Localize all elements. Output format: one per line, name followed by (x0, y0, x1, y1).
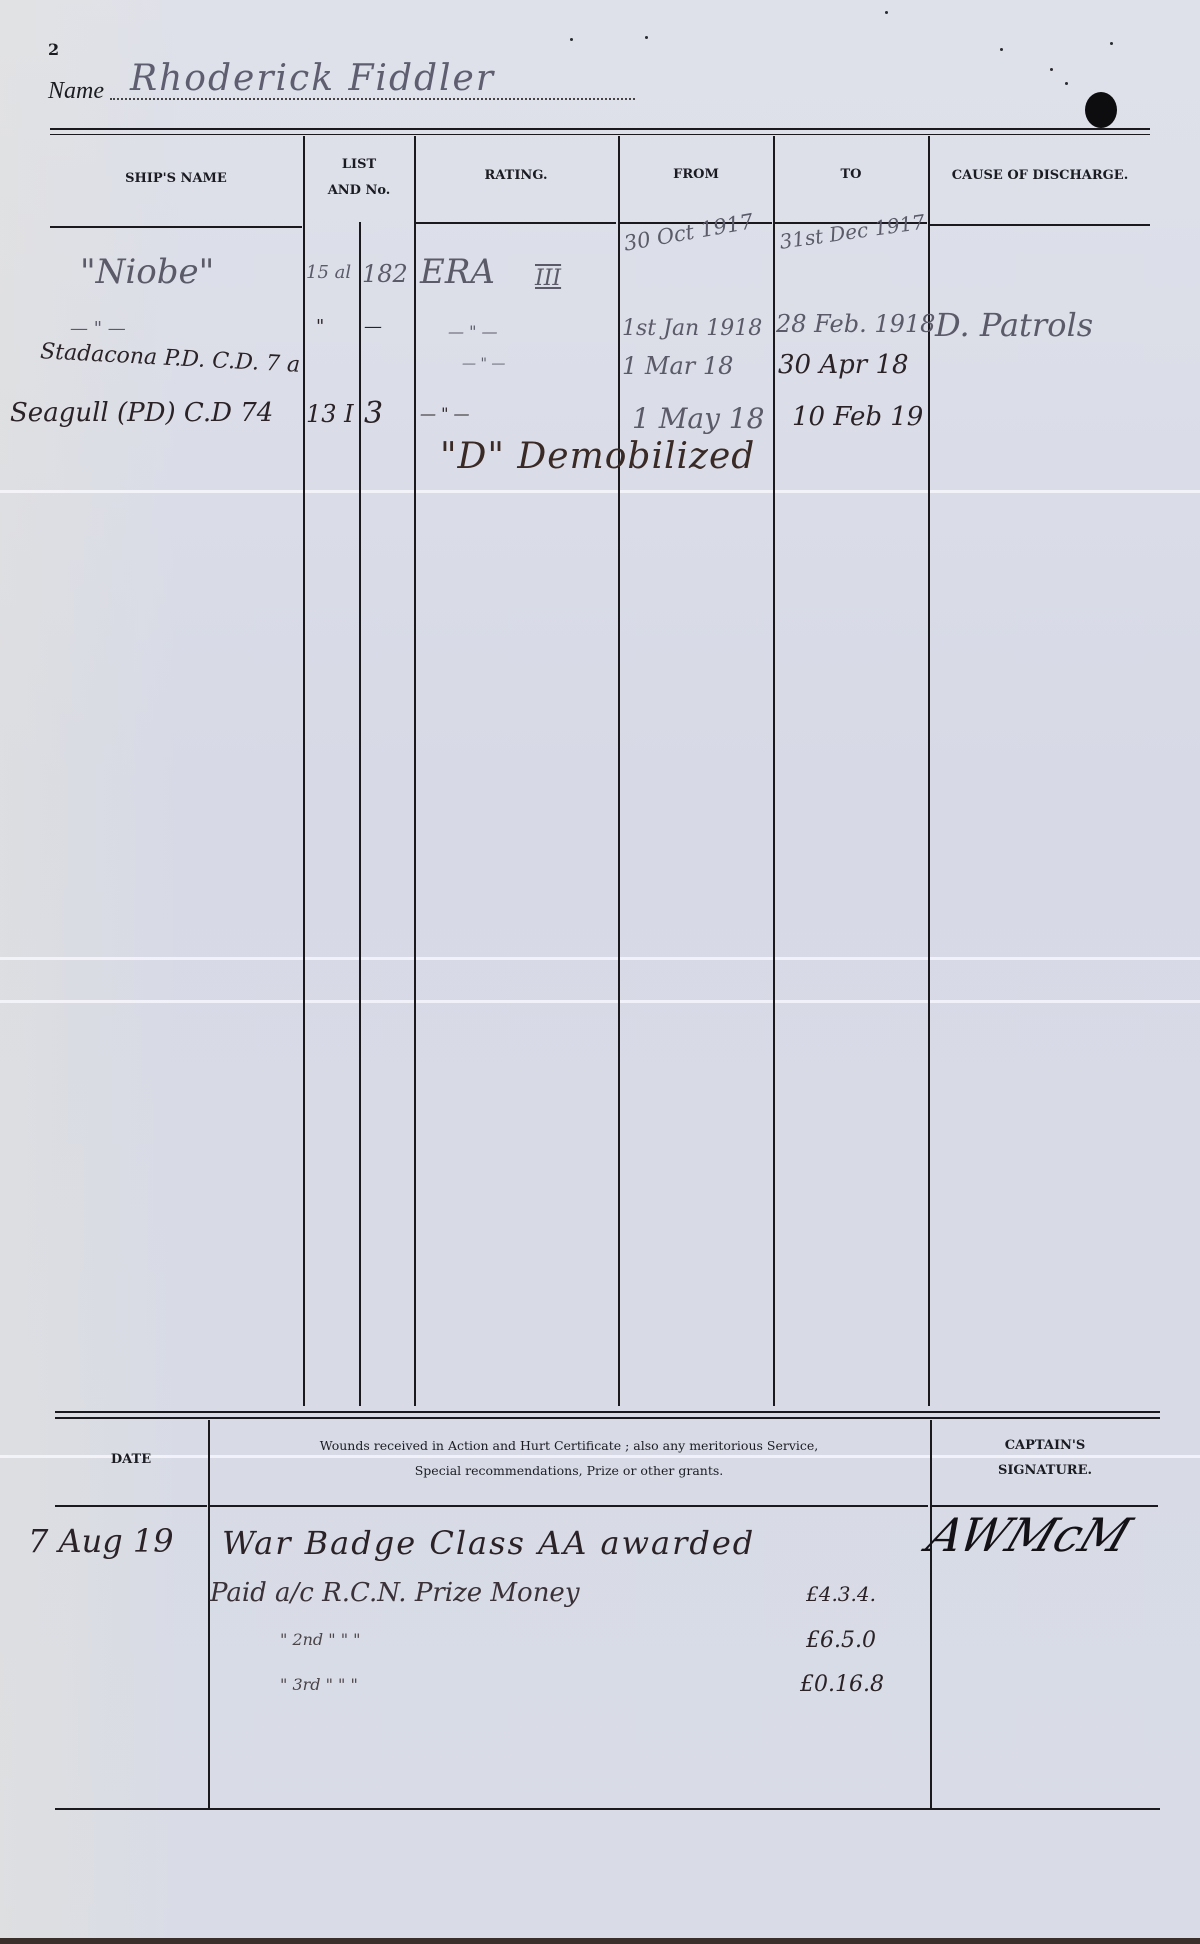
from-date: 1st Jan 1918 (622, 316, 762, 341)
award-amount-1: £4.3.4. (806, 1582, 876, 1606)
page-number: 2 (48, 40, 59, 59)
rating-class: III (535, 266, 561, 291)
list-number: — (364, 316, 382, 337)
rating-value: ERA (420, 252, 495, 292)
header-wounds-line2: Special recommendations, Prize or other … (210, 1458, 928, 1483)
ship-name: Seagull (PD) C.D 74 (10, 398, 273, 428)
ship-name: "Niobe" (80, 252, 214, 292)
header-signature: SIGNATURE. (932, 1458, 1158, 1484)
header-rating: RATING. (416, 163, 616, 189)
award-line-1: War Badge Class AA awarded (222, 1524, 755, 1562)
demobilized-note: "D" Demobilized (440, 436, 755, 477)
header-underline (932, 1505, 1158, 1507)
header-underline (50, 226, 302, 228)
award-line-3: " 2nd " " " (280, 1630, 361, 1649)
header-underline (210, 1505, 928, 1507)
header-underline (930, 224, 1150, 226)
speck (645, 36, 648, 39)
from-date: 1 May 18 (632, 402, 764, 435)
paper-crease (0, 490, 1200, 493)
header-list: LIST (305, 152, 413, 178)
column-divider (359, 222, 361, 1406)
list-number: 182 (362, 260, 408, 288)
list-value: 15 al (306, 262, 351, 283)
column-divider (773, 136, 775, 1406)
rating-value: — " — (420, 404, 470, 423)
header-date: DATE (55, 1447, 207, 1473)
captain-signature: AWMcM (920, 1508, 1138, 1562)
speck (1050, 68, 1053, 71)
speck (885, 11, 888, 14)
column-divider (414, 136, 416, 1406)
header-underline (55, 1505, 207, 1507)
column-divider (618, 136, 620, 1406)
header-ships-name: SHIP'S NAME (50, 166, 302, 192)
paper-crease (0, 1000, 1200, 1003)
award-line-4: " 3rd " " " (280, 1675, 358, 1694)
speck (1000, 48, 1003, 51)
header-captains: CAPTAIN'S (932, 1433, 1158, 1459)
speck (1065, 82, 1068, 85)
to-date: 10 Feb 19 (792, 402, 923, 432)
header-to: TO (775, 162, 927, 188)
header-from: FROM (620, 162, 772, 188)
speck (1110, 42, 1113, 45)
from-date: 1 Mar 18 (622, 352, 733, 380)
double-rule-top (50, 128, 1150, 130)
award-line-2: Paid a/c R.C.N. Prize Money (210, 1578, 580, 1608)
double-rule-top (50, 134, 1150, 135)
punch-hole (1085, 92, 1117, 128)
cause-of-discharge: D. Patrols (935, 306, 1093, 344)
name-label: Name (48, 78, 104, 105)
column-divider (303, 136, 305, 1406)
award-amount-2: £6.5.0 (806, 1628, 876, 1653)
header-cause-of-discharge: CAUSE OF DISCHARGE. (930, 163, 1150, 189)
header-underline (416, 222, 616, 224)
to-date: 28 Feb. 1918 (776, 310, 935, 338)
header-wounds-line1: Wounds received in Action and Hurt Certi… (210, 1433, 928, 1458)
bottom-rule (55, 1808, 1160, 1810)
name-value: Rhoderick Fiddler (130, 58, 495, 99)
double-rule-awards (55, 1417, 1160, 1419)
speck (570, 38, 573, 41)
paper-crease (0, 957, 1200, 960)
header-and-no: AND No. (305, 178, 413, 204)
paper-edge (0, 1938, 1200, 1944)
list-value: 13 I (306, 400, 354, 428)
ship-name: — " — (70, 318, 126, 339)
award-amount-3: £0.16.8 (800, 1672, 884, 1697)
list-number: 3 (364, 396, 383, 431)
double-rule-awards (55, 1411, 1160, 1413)
rating-value: — " — (462, 356, 505, 372)
list-value: " (316, 316, 324, 337)
to-date: 30 Apr 18 (778, 350, 909, 380)
rating-value: — " — (448, 322, 498, 341)
award-date: 7 Aug 19 (28, 1522, 174, 1560)
